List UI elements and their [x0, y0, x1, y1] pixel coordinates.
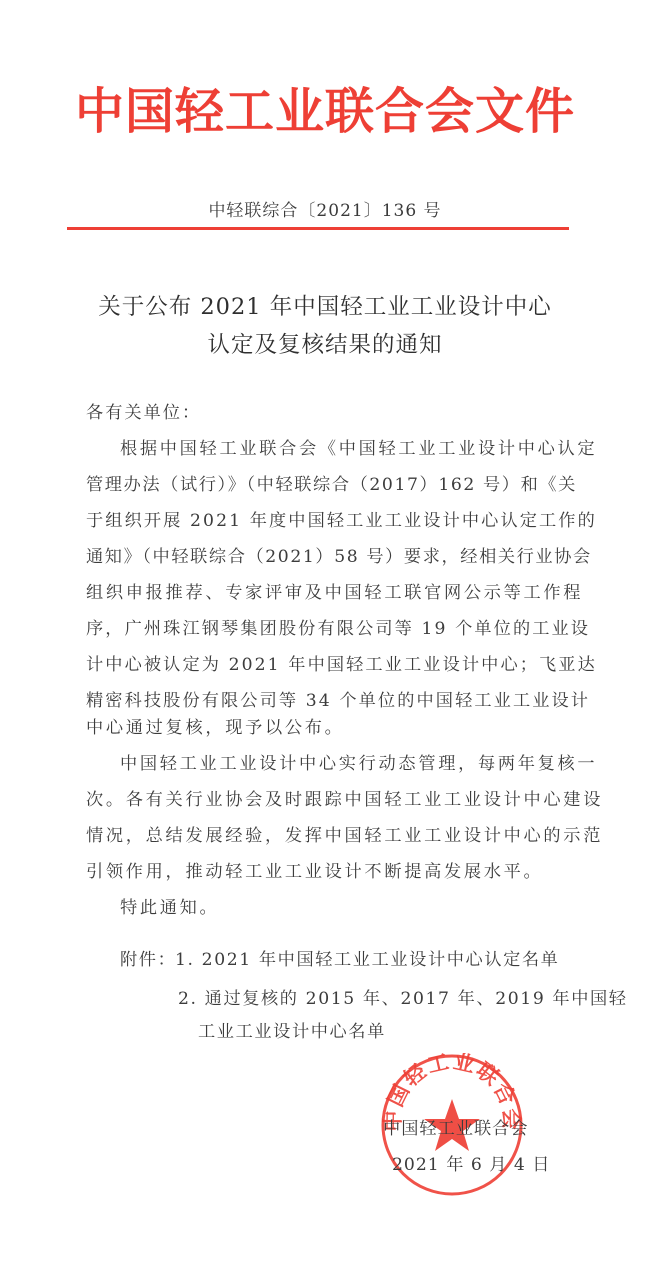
paragraph-line: 计中心被认定为 2021 年中国轻工业工业设计中心；飞亚达	[86, 654, 566, 676]
paragraph-line: 通知》（中轻联综合（2021）58 号）要求，经相关行业协会	[86, 546, 566, 568]
signature-date: 2021 年 6 月 4 日	[392, 1150, 551, 1175]
closing-remark: 特此通知。	[120, 897, 566, 919]
paragraph-line: 情况，总结发展经验，发挥中国轻工业工业设计中心的示范	[86, 825, 566, 847]
salutation: 各有关单位：	[86, 402, 566, 424]
paragraph-line: 次。各有关行业协会及时跟踪中国轻工业工业设计中心建设	[86, 789, 566, 811]
masthead: 中国轻工业联合会文件	[0, 82, 650, 142]
attachment-item-1: 1. 2021 年中国轻工业工业设计中心认定名单	[175, 945, 559, 970]
paragraph-line: 中国轻工业工业设计中心实行动态管理，每两年复核一	[120, 753, 566, 775]
attachment-item-2-cont: 工业工业设计中心名单	[198, 1017, 386, 1042]
document-number: 中轻联综合〔2021〕136 号	[0, 196, 650, 221]
paragraph-line: 组织申报推荐、专家评审及中国轻工联官网公示等工作程	[86, 582, 566, 604]
notice-title: 关于公布 2021 年中国轻工业工业设计中心 认定及复核结果的通知	[0, 288, 650, 364]
signature-organization: 中国轻工业联合会	[383, 1114, 529, 1139]
paragraph-line: 引领作用，推动轻工业工业设计不断提高发展水平。	[86, 861, 566, 883]
masthead-divider	[67, 227, 569, 230]
attachments-label: 附件：	[120, 945, 176, 970]
paragraph-line: 精密科技股份有限公司等 34 个单位的中国轻工业工业设计	[86, 690, 566, 712]
paragraph-line: 于组织开展 2021 年度中国轻工业工业设计中心认定工作的	[86, 510, 566, 532]
title-line-2: 认定及复核结果的通知	[0, 326, 650, 364]
paragraph-line: 中心通过复核，现予以公布。	[86, 717, 566, 739]
attachment-item-2: 2. 通过复核的 2015 年、2017 年、2019 年中国轻	[178, 984, 628, 1009]
paragraph-line: 序，广州珠江钢琴集团股份有限公司等 19 个单位的工业设	[86, 618, 566, 640]
paragraph-line: 根据中国轻工业联合会《中国轻工业工业设计中心认定	[120, 438, 566, 460]
paragraph-line: 管理办法（试行）》（中轻联综合（2017）162 号）和《关	[86, 474, 566, 496]
title-line-1: 关于公布 2021 年中国轻工业工业设计中心	[0, 288, 650, 326]
